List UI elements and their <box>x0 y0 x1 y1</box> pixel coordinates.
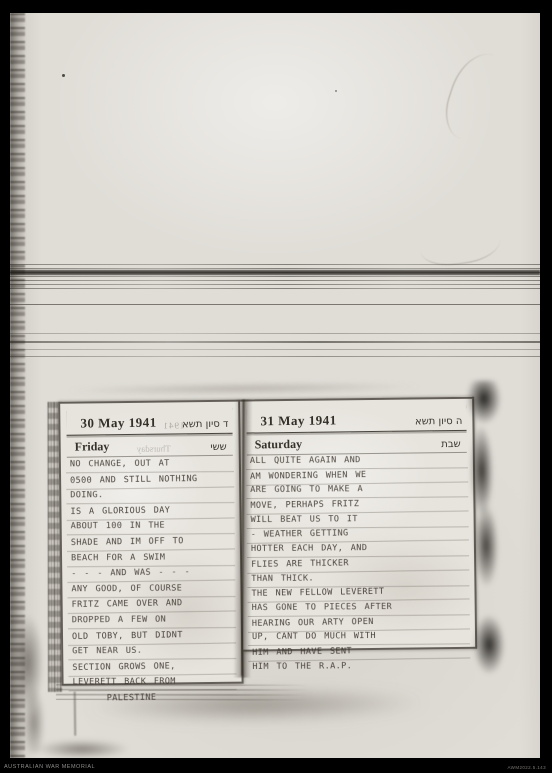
day-text: Saturday <box>255 437 303 453</box>
hebrew-date-text: ה סיון תשא <box>415 416 463 428</box>
date-text: 30 May 1941 <box>80 415 156 432</box>
handwritten-line: - - - AND WAS - - - <box>67 565 235 583</box>
handwritten-line: GET NEAR US. <box>68 643 236 660</box>
institution-credit: AUSTRALIAN WAR MEMORIAL <box>4 764 95 770</box>
handwritten-line: FRITZ CAME OVER AND <box>68 596 236 614</box>
day-text: Friday <box>75 439 110 454</box>
copy-streak-line <box>10 304 540 305</box>
handwritten-line: SHADE AND IM OFF TO <box>67 533 235 551</box>
handwritten-line: HIM TO THE R.A.P. <box>248 659 470 674</box>
ink-bleed-ghost-year: 1941 <box>162 420 184 430</box>
diary-page-left: 30 May 1941 1941 ד סיון תשא Friday Thurs… <box>58 400 243 686</box>
handwritten-entry-right: ALL QUITE AGAIN ANDAM WONDERING WHEN WEA… <box>246 453 471 675</box>
date-text: 31 May 1941 <box>260 412 336 429</box>
diary-pages: 30 May 1941 1941 ד סיון תשא Friday Thurs… <box>58 397 477 686</box>
copy-streak-band <box>10 327 540 363</box>
printed-day-row: Friday Thursday ששי <box>67 434 233 458</box>
handwritten-line: NO CHANGE, OUT AT <box>66 456 234 473</box>
handwritten-line: DOING. <box>66 487 234 504</box>
diary-page-right: 31 May 1941 ה סיון תשא Saturday שבת ALL … <box>240 397 477 652</box>
mounted-archival-scan: 30 May 1941 1941 ד סיון תשא Friday Thurs… <box>0 0 552 773</box>
paper-speck <box>62 74 65 77</box>
printed-day-row: Saturday שבת <box>247 431 467 456</box>
dark-edge-smudge <box>464 380 512 681</box>
copy-streak-band-core <box>10 270 540 275</box>
book-top-shadow <box>64 379 464 398</box>
scratch-mark <box>438 46 524 150</box>
accession-number: AWM2022.5.143 <box>507 765 546 770</box>
book-cast-shadow <box>58 684 499 735</box>
handwritten-entry-left: NO CHANGE, OUT AT0500 AND STILL NOTHINGD… <box>66 456 237 707</box>
toner-blotch <box>28 736 148 758</box>
printed-date-row: 31 May 1941 ה סיון תשא <box>246 403 466 434</box>
open-diary: 30 May 1941 1941 ד סיון תשא Friday Thurs… <box>44 384 504 730</box>
printed-date-row: 30 May 1941 1941 ד סיון תשא <box>66 406 232 436</box>
paper-speck <box>335 90 337 92</box>
ink-bleed-ghost-day: Thursday <box>137 443 171 453</box>
copy-streak-band <box>10 264 540 290</box>
hebrew-date-text: ד סיון תשא <box>182 419 228 431</box>
handwritten-line: DROPPED A FEW ON <box>68 612 236 629</box>
hebrew-day-text: שבת <box>441 439 461 450</box>
hebrew-day-text: ששי <box>210 442 227 453</box>
photocopied-photograph: 30 May 1941 1941 ד סיון תשא Friday Thurs… <box>10 13 540 758</box>
scratch-mark <box>418 219 502 268</box>
